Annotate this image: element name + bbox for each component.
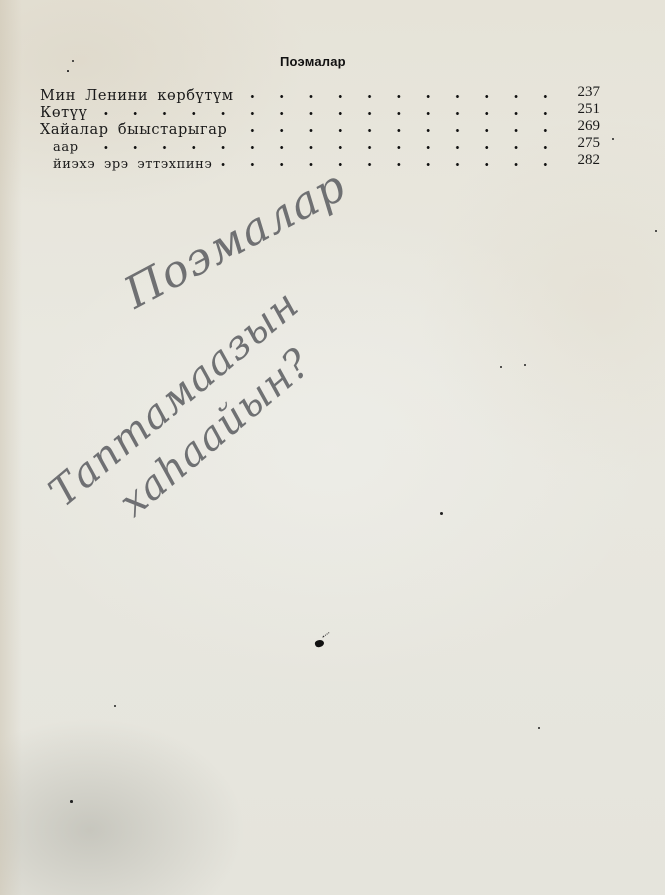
toc-entry: Хайалар быыстарыгар 269 xyxy=(40,122,600,139)
paper-speck xyxy=(440,512,443,515)
toc-entry-page: 269 xyxy=(568,118,600,135)
toc-entry-page: 237 xyxy=(568,84,600,101)
toc-entry-page: 282 xyxy=(568,152,600,169)
page-edge-shadow xyxy=(0,0,22,895)
paper-speck xyxy=(612,138,614,140)
paper-speck xyxy=(114,705,116,707)
paper-speck xyxy=(538,727,540,729)
table-of-contents: Мин Ленини көрбүтүм 237 Көтүү 251 Хайала… xyxy=(40,88,600,173)
toc-entry-title: йиэхэ эрэ эттэхпинэ xyxy=(53,156,212,173)
dot-leaders xyxy=(104,105,560,122)
section-heading: Поэмалар xyxy=(280,54,346,69)
paper-speck xyxy=(72,60,74,62)
dot-leaders xyxy=(248,88,560,105)
toc-entry-title: Көтүү xyxy=(40,105,87,122)
paper-speck xyxy=(524,364,526,366)
paper-speck xyxy=(70,800,73,803)
dot-leaders xyxy=(218,156,560,173)
toc-entry-title: Хайалар быыстарыгар xyxy=(40,122,227,139)
paper-speck xyxy=(500,366,502,368)
toc-entry-page: 251 xyxy=(568,101,600,118)
paper-speck xyxy=(655,230,657,232)
toc-entry-title: Мин Ленини көрбүтүм xyxy=(40,88,234,105)
toc-entry: аар 275 xyxy=(40,139,600,156)
paper-speck xyxy=(67,70,69,72)
toc-entry-page: 275 xyxy=(568,135,600,152)
toc-entry: Мин Ленини көрбүтүм 237 xyxy=(40,88,600,105)
dot-leaders xyxy=(104,139,560,156)
toc-entry: Көтүү 251 xyxy=(40,105,600,122)
dot-leaders xyxy=(248,122,560,139)
toc-entry-title: аар xyxy=(53,139,79,156)
